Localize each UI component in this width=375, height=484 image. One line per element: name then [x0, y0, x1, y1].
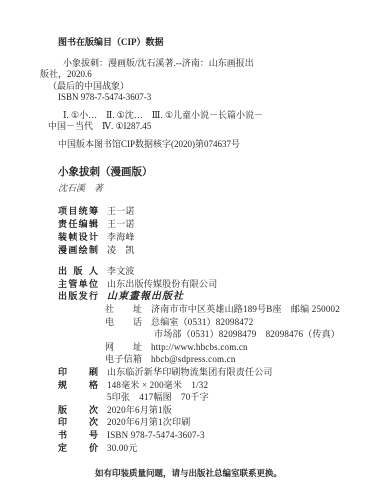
field-value: 市场部（0531）82098479 82098476（传真） [154, 329, 340, 341]
field-label: 规格 [58, 380, 98, 392]
field-label: 漫画绘制 [58, 245, 98, 257]
cip-entry-line-2: 版社，2020.6 [40, 69, 345, 81]
email-address: hbcb@sdpress.com.cn [151, 354, 236, 366]
field-value: 山东临沂新华印刷物流集团有限责任公司 [107, 367, 273, 379]
book-title: 小象拔刺（漫画版） [58, 167, 375, 179]
credits-section: 项目统筹 王一诺 责任编辑 王一诺 装帧设计 李海峰 漫画绘制 凌 凯 [58, 206, 375, 259]
address-row: 社址 济南市市中区英雄山路189号B座 邮编 250002 [105, 304, 375, 317]
email-row: 电子信箱 hbcb@sdpress.com.cn [105, 354, 375, 367]
publisher-row: 出版发行 山東畫報出版社 [58, 291, 375, 304]
field-value: 李文波 [107, 266, 135, 278]
publishing-section: 出版人 李文波 主管单位 山东出版传媒股份有限公司 出版发行 山東畫報出版社 社… [58, 266, 375, 455]
field-value: 30.00元 [107, 443, 137, 455]
field-label: 社址 [105, 304, 142, 316]
field-label: 书号 [58, 430, 98, 442]
book-number-row: 书号 ISBN 978-7-5474-3607-3 [58, 430, 375, 443]
printer-row: 印刷 山东临沂新华印刷物流集团有限责任公司 [58, 367, 375, 380]
field-value: 王一诺 [107, 206, 135, 218]
website-url: http://www.hbcbs.com.cn [151, 342, 248, 354]
field-value: 2020年6月第1版 [107, 405, 172, 417]
credit-row-responsible-editor: 责任编辑 王一诺 [58, 219, 375, 232]
format-row: 规格 148毫米 × 200毫米 1/32 [58, 380, 375, 393]
field-value: 凌 凯 [107, 245, 135, 257]
website-row: 网址 http://www.hbcbs.com.cn [105, 342, 375, 355]
field-label: 责任编辑 [58, 219, 98, 231]
field-label: 项目统筹 [58, 206, 98, 218]
field-value: 山东出版传媒股份有限公司 [107, 279, 217, 291]
field-label: 定价 [58, 443, 98, 455]
phone-row: 电话 总编室（0531）82098472 [105, 317, 375, 330]
field-label: 电话 [105, 317, 142, 329]
title-block: 小象拔刺（漫画版） 沈石溪 著 [58, 167, 375, 195]
field-label: 电子信箱 [105, 354, 142, 366]
cip-isbn-line: ISBN 978-7-5474-3607-3 [40, 92, 345, 104]
quality-notice: 如有印装质量问题，请与出版社总编室联系更换。 [95, 468, 375, 480]
credit-row-project-coordinator: 项目统筹 王一诺 [58, 206, 375, 219]
field-label: 出版人 [58, 266, 98, 278]
cip-record-number: 中国版本图书馆CIP数据核字(2020)第074637号 [40, 139, 345, 151]
field-label: 装帧设计 [58, 232, 98, 244]
credit-row-binding-designer: 装帧设计 李海峰 [58, 232, 375, 245]
field-value: 王一诺 [107, 219, 135, 231]
field-value: 2020年6月第1次印刷 [107, 417, 190, 429]
field-label: 出版发行 [58, 291, 98, 303]
publisher-logotype: 山東畫報出版社 [107, 291, 184, 303]
cip-section: 图书在版编目（CIP）数据 小象拔刺：漫画版/沈石溪著.--济南：山东画报出 版… [0, 0, 375, 150]
supervisor-row: 主管单位 山东出版传媒股份有限公司 [58, 279, 375, 292]
field-value: 济南市市中区英雄山路189号B座 邮编 250002 [151, 304, 340, 316]
author-line: 沈石溪 著 [58, 183, 375, 195]
field-value: ISBN 978-7-5474-3607-3 [107, 430, 205, 442]
field-label: 印次 [58, 417, 98, 429]
phone-row-continuation: 市场部（0531）82098479 82098476（传真） [154, 329, 375, 342]
cip-classification-line-2: 中国－当代 Ⅳ. ①I287.45 [40, 121, 345, 133]
field-value: 李海峰 [107, 232, 135, 244]
field-value: 148毫米 × 200毫米 1/32 [107, 380, 208, 392]
cip-classification-line-1: Ⅰ. ①小… Ⅱ. ①沈… Ⅲ. ①儿童小说－长篇小说－ [40, 110, 345, 122]
publisher-person-row: 出版人 李文波 [58, 266, 375, 279]
cip-heading: 图书在版编目（CIP）数据 [40, 37, 345, 49]
colophon-page: 图书在版编目（CIP）数据 小象拔刺：漫画版/沈石溪著.--济南：山东画报出 版… [0, 0, 375, 484]
edition-row: 版次 2020年6月第1版 [58, 405, 375, 418]
impression-row: 印次 2020年6月第1次印刷 [58, 417, 375, 430]
field-label: 主管单位 [58, 279, 98, 291]
format-row-continuation: 5印张 417幅图 70千字 [107, 392, 375, 405]
field-label: 版次 [58, 405, 98, 417]
price-row: 定价 30.00元 [58, 443, 375, 456]
field-value: 5印张 417幅图 70千字 [107, 392, 209, 404]
cip-entry-line-1: 小象拔刺：漫画版/沈石溪著.--济南：山东画报出 [40, 58, 345, 70]
field-label: 网址 [105, 342, 142, 354]
cip-series-note: （最后的中国战象） [40, 81, 345, 93]
credit-row-comic-illustrator: 漫画绘制 凌 凯 [58, 245, 375, 258]
field-value: 总编室（0531）82098472 [151, 317, 253, 329]
field-label: 印刷 [58, 367, 98, 379]
